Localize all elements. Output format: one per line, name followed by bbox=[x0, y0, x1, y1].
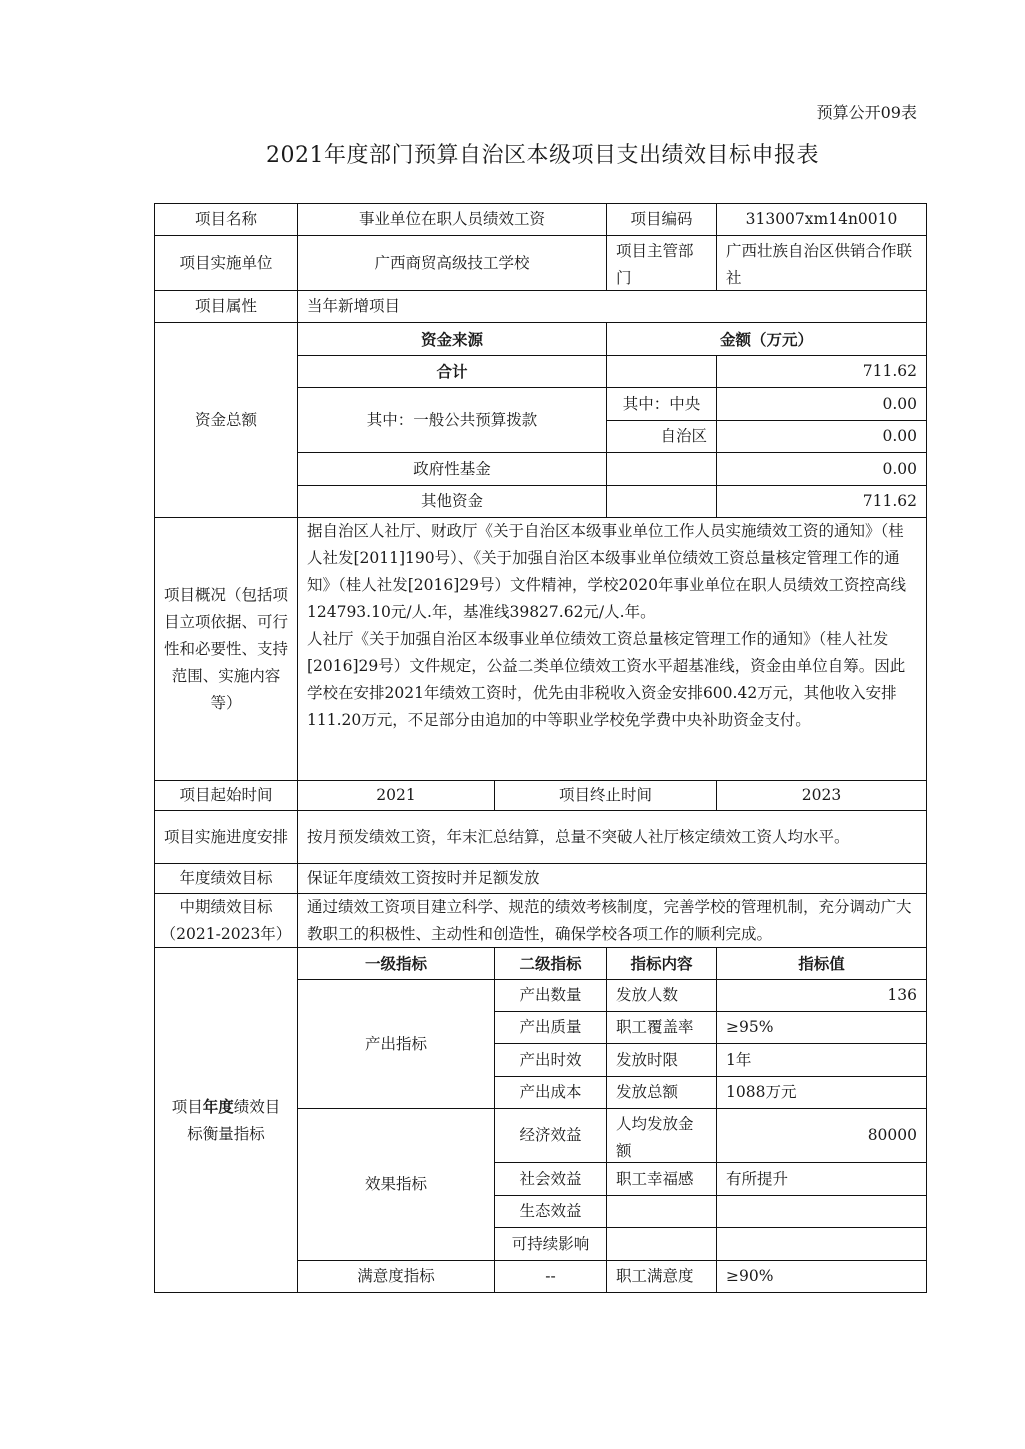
page-title: 2021年度部门预算自治区本级项目支出绩效目标申报表 bbox=[0, 138, 1025, 169]
indicator-value: 136 bbox=[716, 979, 927, 1012]
indicator-level2: 社会效益 bbox=[494, 1162, 607, 1196]
supervisor-value: 广西壮族自治区供销合作联社 bbox=[716, 235, 927, 291]
attribute-value: 当年新增项目 bbox=[297, 290, 927, 323]
impl-unit-label: 项目实施单位 bbox=[154, 235, 298, 291]
header-content: 指标内容 bbox=[606, 947, 717, 980]
gov-fund-label: 政府性基金 bbox=[297, 452, 607, 486]
general-budget-label: 其中：一般公共预算拨款 bbox=[297, 387, 607, 453]
indicator-content: 职工覆盖率 bbox=[606, 1011, 717, 1044]
mid-goal-value: 通过绩效工资项目建立科学、规范的绩效考核制度，完善学校的管理机制，充分调动广大教… bbox=[297, 893, 927, 948]
supervisor-label: 项目主管部门 bbox=[606, 235, 717, 291]
indicator-level2: 生态效益 bbox=[494, 1195, 607, 1228]
name-value: 事业单位在职人员绩效工资 bbox=[297, 203, 607, 236]
annual-goal-value: 保证年度绩效工资按时并足额发放 bbox=[297, 863, 927, 894]
other-fund-sub bbox=[606, 485, 717, 518]
amount-header: 金额（万元） bbox=[606, 322, 927, 356]
indicator-value bbox=[716, 1195, 927, 1228]
indicators-label-pre: 项目 bbox=[172, 1098, 203, 1116]
gov-fund-sub bbox=[606, 452, 717, 486]
total-label: 合计 bbox=[297, 355, 607, 388]
indicators-label-bold: 年度 bbox=[203, 1097, 234, 1116]
indicator-level2: -- bbox=[494, 1260, 607, 1293]
indicators-label: 项目年度绩效目标衡量指标 bbox=[154, 947, 298, 1293]
indicator-content: 发放人数 bbox=[606, 979, 717, 1012]
region-value: 0.00 bbox=[716, 420, 927, 453]
indicator-value bbox=[716, 1227, 927, 1261]
output-indicator-label: 产出指标 bbox=[297, 979, 495, 1109]
other-fund-value: 711.62 bbox=[716, 485, 927, 518]
indicator-value: 1年 bbox=[716, 1043, 927, 1077]
attribute-label: 项目属性 bbox=[154, 290, 298, 323]
indicator-level2: 产出质量 bbox=[494, 1011, 607, 1044]
annual-goal-label: 年度绩效目标 bbox=[154, 863, 298, 894]
schedule-value: 按月预发绩效工资，年末汇总结算，总量不突破人社厅核定绩效工资人均水平。 bbox=[297, 810, 927, 864]
effect-indicator-label: 效果指标 bbox=[297, 1108, 495, 1261]
overview-label: 项目概况（包括项目立项依据、可行性和必要性、支持范围、实施内容等） bbox=[154, 517, 298, 781]
indicator-value: 有所提升 bbox=[716, 1162, 927, 1196]
indicator-level2: 产出成本 bbox=[494, 1076, 607, 1109]
end-value: 2023 bbox=[716, 780, 927, 811]
end-label: 项目终止时间 bbox=[494, 780, 717, 811]
name-label: 项目名称 bbox=[154, 203, 298, 236]
indicator-level2: 经济效益 bbox=[494, 1108, 607, 1163]
indicator-content: 发放总额 bbox=[606, 1076, 717, 1109]
header-value: 指标值 bbox=[716, 947, 927, 980]
schedule-label: 项目实施进度安排 bbox=[154, 810, 298, 864]
indicator-value: 80000 bbox=[716, 1108, 927, 1163]
gov-fund-value: 0.00 bbox=[716, 452, 927, 486]
impl-unit-value: 广西商贸高级技工学校 bbox=[297, 235, 607, 291]
indicator-level2: 可持续影响 bbox=[494, 1227, 607, 1261]
central-value: 0.00 bbox=[716, 387, 927, 421]
region-label: 自治区 bbox=[606, 420, 717, 453]
funding-label: 资金总额 bbox=[154, 322, 298, 518]
indicator-value: 1088万元 bbox=[716, 1076, 927, 1109]
indicator-content: 职工满意度 bbox=[606, 1260, 717, 1293]
total-value: 711.62 bbox=[716, 355, 927, 388]
header-level1: 一级指标 bbox=[297, 947, 495, 980]
indicator-level2: 产出时效 bbox=[494, 1043, 607, 1077]
overview-text: 据自治区人社厅、财政厅《关于自治区本级事业单位工作人员实施绩效工资的通知》（桂人… bbox=[297, 517, 927, 781]
central-label: 其中：中央 bbox=[606, 387, 717, 421]
mid-goal-label: 中期绩效目标（2021-2023年） bbox=[154, 893, 298, 948]
indicator-content: 发放时限 bbox=[606, 1043, 717, 1077]
indicator-content bbox=[606, 1227, 717, 1261]
indicator-content bbox=[606, 1195, 717, 1228]
indicator-content: 职工幸福感 bbox=[606, 1162, 717, 1196]
indicator-content: 人均发放金额 bbox=[606, 1108, 717, 1163]
code-label: 项目编码 bbox=[606, 203, 717, 236]
overview-paragraph-2: 人社厅《关于加强自治区本级事业单位绩效工资总量核定管理工作的通知》（桂人社发[2… bbox=[307, 626, 917, 734]
header-level2: 二级指标 bbox=[494, 947, 607, 980]
total-sub bbox=[606, 355, 717, 388]
start-value: 2021 bbox=[297, 780, 495, 811]
overview-paragraph-1: 据自治区人社厅、财政厅《关于自治区本级事业单位工作人员实施绩效工资的通知》（桂人… bbox=[307, 518, 917, 626]
indicator-level2: 产出数量 bbox=[494, 979, 607, 1012]
code-value: 313007xm14n0010 bbox=[716, 203, 927, 236]
other-fund-label: 其他资金 bbox=[297, 485, 607, 518]
satisfaction-indicator-label: 满意度指标 bbox=[297, 1260, 495, 1293]
source-header: 资金来源 bbox=[297, 322, 607, 356]
start-label: 项目起始时间 bbox=[154, 780, 298, 811]
indicator-value: ≥95% bbox=[716, 1011, 927, 1044]
doc-code: 预算公开09表 bbox=[817, 100, 917, 123]
indicator-value: ≥90% bbox=[716, 1260, 927, 1293]
